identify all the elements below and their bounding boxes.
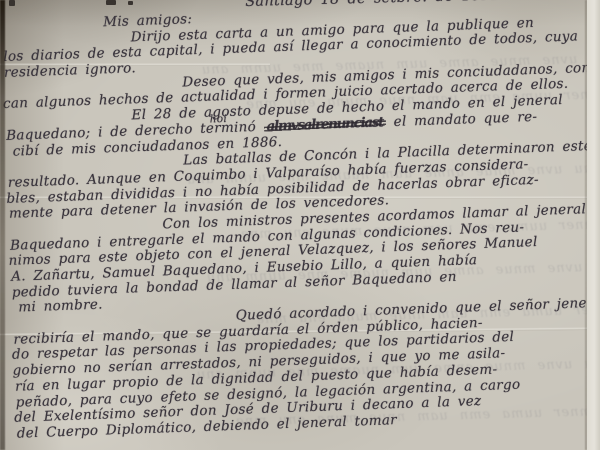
cutoff-ink-mark: [9, 0, 15, 6]
cutoff-ink-mark: [106, 0, 116, 5]
letter-body: Mis amigos: Dirijo esta carta a un amigo…: [0, 0, 600, 442]
cutoff-ink-mark: [128, 1, 133, 5]
letter-scan-page: mau uvne mnue anme uum nuame mne uunm an…: [0, 0, 600, 450]
dark-left-page-edge: [0, 0, 5, 450]
underlying-page-edge: [587, 0, 600, 450]
inserted-word-above-line: hoi: [210, 114, 228, 125]
